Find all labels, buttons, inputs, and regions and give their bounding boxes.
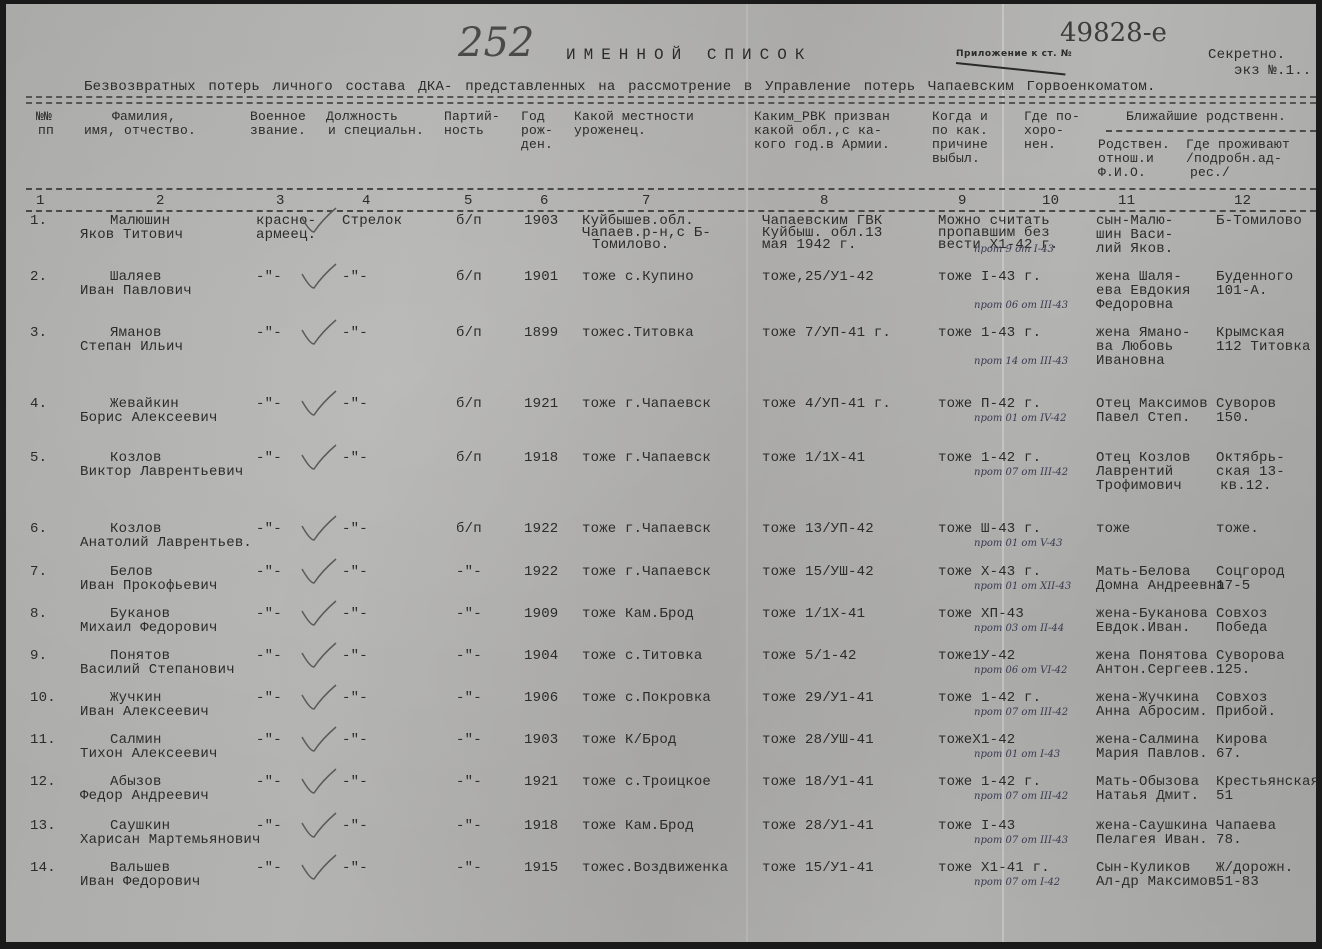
header-c5: Партий-	[444, 110, 500, 123]
document-subtitle: Безвозвратных потерь личного состава ДКА…	[84, 80, 1156, 94]
col-num: 9	[958, 194, 967, 208]
cell-surname: Вальшев	[110, 861, 170, 875]
cell-name: Иван Павлович	[80, 284, 192, 298]
checkmark-icon	[300, 641, 340, 671]
cell-year: 1915	[524, 861, 558, 875]
cell-origin1: тоже г.Чапаевск	[582, 522, 711, 536]
cell-addr2: 17-5	[1216, 579, 1250, 593]
cell-when1: тоже I-43 г.	[938, 270, 1041, 284]
cell-rel3: Ивановна	[1096, 354, 1165, 368]
cell-addr2: 51-83	[1216, 875, 1259, 889]
cell-addr1: Соцгород	[1216, 565, 1285, 579]
cell-position: -"-	[342, 607, 368, 621]
header-c8: какой обл.,с ка-	[754, 124, 882, 137]
cell-n: 9.	[30, 649, 47, 663]
cell-surname: Салмин	[110, 733, 162, 747]
cell-when1: тоже 1-42 г.	[938, 775, 1041, 789]
cell-surname: Жучкин	[110, 691, 162, 705]
cell-rvk1: тоже 28/УШ-41	[762, 733, 874, 747]
cell-n: 13.	[30, 819, 56, 833]
handwritten-note: прот 01 от XII-43	[974, 581, 1071, 592]
header-c9: причине	[932, 138, 988, 151]
cell-year: 1906	[524, 691, 558, 705]
cell-name: Иван Федорович	[80, 875, 200, 889]
dashed-rule	[26, 210, 1316, 212]
cell-rvk1: тоже 1/1Х-41	[762, 607, 865, 621]
cell-when1: тоже Ш-43 г.	[938, 522, 1041, 536]
cell-rank1: -"-	[256, 565, 282, 579]
cell-n: 10.	[30, 691, 56, 705]
handwritten-note: прот 01 от I-43	[974, 749, 1060, 760]
cell-rank1: -"-	[256, 451, 282, 465]
document-sheet: 252 ИМЕННОЙ СПИСОК Приложение к ст. № 49…	[6, 4, 1316, 942]
cell-addr1: Б-Томилово	[1216, 214, 1302, 228]
cell-addr1: Кирова	[1216, 733, 1268, 747]
cell-name: Василий Степанович	[80, 663, 235, 677]
cell-origin3: Томилово.	[592, 238, 669, 252]
cell-addr2: ская 13-	[1216, 465, 1285, 479]
cell-position: -"-	[342, 733, 368, 747]
cell-rel2: Пелагея Иван.	[1096, 833, 1208, 847]
cell-origin1: тоже г.Чапаевск	[582, 565, 711, 579]
cell-name: Степан Ильич	[80, 340, 183, 354]
cell-year: 1899	[524, 326, 558, 340]
cell-addr1: Совхоз	[1216, 607, 1268, 621]
col-num: 1	[36, 194, 45, 208]
attachment-stamp: Приложение к ст. №	[956, 49, 1072, 59]
checkmark-icon	[300, 514, 340, 544]
paper-fold	[746, 4, 748, 942]
document-title: ИМЕННОЙ СПИСОК	[566, 48, 812, 62]
header-c10: нен.	[1024, 138, 1056, 151]
cell-n: 11.	[30, 733, 56, 747]
cell-surname: Понятов	[110, 649, 170, 663]
cell-addr2: 112 Титовка	[1216, 340, 1311, 354]
cell-origin1: тоже Кам.Брод	[582, 607, 694, 621]
header-c10: Где по-	[1024, 110, 1080, 123]
cell-when1: тоже1У-42	[938, 649, 1015, 663]
cell-position: -"-	[342, 451, 368, 465]
cell-addr2: 51	[1216, 789, 1233, 803]
cell-addr1: Суворов	[1216, 397, 1276, 411]
cell-addr1: Октябрь-	[1216, 451, 1285, 465]
cell-origin1: тоже с.Титовка	[582, 649, 702, 663]
cell-rvk1: тоже 13/УП-42	[762, 522, 874, 536]
col-num: 12	[1234, 194, 1251, 208]
cell-rvk1: тоже 18/У1-41	[762, 775, 874, 789]
checkmark-icon	[300, 206, 340, 236]
cell-when1: тоже ХП-43	[938, 607, 1024, 621]
cell-rank1: -"-	[256, 522, 282, 536]
checkmark-icon	[300, 599, 340, 629]
cell-party: -"-	[456, 733, 482, 747]
cell-name: Анатолий Лаврентьев.	[80, 536, 252, 550]
header-c4: и специальн.	[328, 124, 424, 137]
cell-rel2: Павел Степ.	[1096, 411, 1191, 425]
cell-surname: Малюшин	[110, 214, 170, 228]
col-num: 5	[464, 194, 473, 208]
cell-rel3: лий Яков.	[1096, 242, 1173, 256]
cell-rank1: -"-	[256, 819, 282, 833]
cell-addr1: Совхоз	[1216, 691, 1268, 705]
cell-party: -"-	[456, 819, 482, 833]
cell-rel2: шин Васи-	[1096, 228, 1173, 242]
handwritten-note: прот 07 от I-42	[974, 877, 1060, 888]
cell-position: -"-	[342, 326, 368, 340]
cell-party: -"-	[456, 565, 482, 579]
cell-addr2: 125.	[1216, 663, 1250, 677]
cell-rvk1: тоже,25/У1-42	[762, 270, 874, 284]
cell-addr2: Прибой.	[1216, 705, 1276, 719]
cell-rel2: Антон.Сергеев.	[1096, 663, 1216, 677]
cell-party: -"-	[456, 607, 482, 621]
cell-addr2: 78.	[1216, 833, 1242, 847]
cell-rank1: -"-	[256, 270, 282, 284]
header-c5: ность	[444, 124, 484, 137]
cell-rank1: -"-	[256, 607, 282, 621]
cell-origin1: тоже с.Покровка	[582, 691, 711, 705]
cell-surname: Саушкин	[110, 819, 170, 833]
header-c1: пп	[38, 124, 54, 137]
checkmark-icon	[300, 767, 340, 797]
cell-party: -"-	[456, 691, 482, 705]
cell-rel1: жена-Жучкина	[1096, 691, 1199, 705]
cell-surname: Козлов	[110, 451, 162, 465]
cell-year: 1909	[524, 607, 558, 621]
header-c11: Ф.И.О.	[1098, 166, 1146, 179]
secrecy-label: Секретно.	[1208, 48, 1285, 62]
cell-rank1: -"-	[256, 397, 282, 411]
cell-position: -"-	[342, 775, 368, 789]
cell-rel2: Анна Абросим.	[1096, 705, 1208, 719]
cell-rel2: ва Любовь	[1096, 340, 1173, 354]
cell-name: Яков Титович	[80, 228, 183, 242]
cell-rel1: жена Понятова	[1096, 649, 1208, 663]
cell-party: -"-	[456, 649, 482, 663]
checkmark-icon	[300, 557, 340, 587]
header-c11: Родствен.	[1098, 138, 1170, 151]
cell-year: 1922	[524, 522, 558, 536]
header-c6: рож-	[521, 124, 553, 137]
checkmark-icon	[300, 443, 340, 473]
cell-when1: тоже Х1-41 г.	[938, 861, 1050, 875]
handwritten-note: прот 07 от III-42	[974, 467, 1068, 478]
header-c7: Какой местности	[574, 110, 694, 123]
cell-n: 2.	[30, 270, 47, 284]
cell-rvk1: тоже 4/УП-41 г.	[762, 397, 891, 411]
cell-addr1: Суворова	[1216, 649, 1285, 663]
handwritten-note: прот 01 от IV-42	[974, 413, 1066, 424]
cell-name: Харисан Мартемьянович	[80, 833, 261, 847]
dashed-rule	[26, 188, 1316, 190]
cell-origin1: тожес.Титовка	[582, 326, 694, 340]
header-relatives: Ближайшие родственн.	[1126, 110, 1286, 123]
cell-n: 6.	[30, 522, 47, 536]
header-c6: Год	[521, 110, 545, 123]
cell-rel1: Мать-Обызова	[1096, 775, 1199, 789]
cell-addr2: 67.	[1216, 747, 1242, 761]
header-c12: рес./	[1190, 166, 1230, 179]
cell-name: Федор Андреевич	[80, 789, 209, 803]
cell-party: б/п	[456, 270, 482, 284]
header-c8: Каким_РВК призван	[754, 110, 890, 123]
header-c3: Военное	[250, 110, 306, 123]
cell-rel1: жена-Салмина	[1096, 733, 1199, 747]
header-c10: хоро-	[1024, 124, 1064, 137]
cell-origin1: тожес.Воздвиженка	[582, 861, 728, 875]
dashed-rule	[1106, 130, 1316, 132]
cell-addr1: Крестьянская	[1216, 775, 1316, 789]
cell-n: 7.	[30, 565, 47, 579]
cell-rvk1: тоже 5/1-42	[762, 649, 857, 663]
cell-year: 1922	[524, 565, 558, 579]
cell-surname: Белов	[110, 565, 153, 579]
header-c1: №№	[36, 110, 52, 123]
checkmark-icon	[300, 683, 340, 713]
handwritten-page-number: 252	[458, 20, 534, 66]
cell-n: 3.	[30, 326, 47, 340]
cell-when1: тожеХ1-42	[938, 733, 1015, 747]
cell-n: 1.	[30, 214, 47, 228]
cell-rel1: жена Ямано-	[1096, 326, 1191, 340]
cell-rel3: Федоровна	[1096, 298, 1173, 312]
cell-rvk1: тоже 15/У1-41	[762, 861, 874, 875]
handwritten-note: прот 07 от III-43	[974, 835, 1068, 846]
header-c6: ден.	[521, 138, 553, 151]
cell-position: -"-	[342, 861, 368, 875]
cell-party: б/п	[456, 214, 482, 228]
cell-rel2: Лаврентий	[1096, 465, 1173, 479]
cell-addr2: 101-А.	[1216, 284, 1268, 298]
col-num: 3	[276, 194, 285, 208]
cell-rvk1: тоже 7/УП-41 г.	[762, 326, 891, 340]
cell-when1: тоже 1-42 г.	[938, 451, 1041, 465]
cell-rank1: -"-	[256, 775, 282, 789]
cell-name: Тихон Алексеевич	[80, 747, 218, 761]
cell-origin1: тоже с.Купино	[582, 270, 694, 284]
cell-position: -"-	[342, 649, 368, 663]
header-c7: уроженец.	[574, 124, 646, 137]
cell-origin1: тоже с.Троицкое	[582, 775, 711, 789]
handwritten-note: прот 06 от III-43	[974, 300, 1068, 311]
cell-position: -"-	[342, 270, 368, 284]
cell-rel3: Трофимович	[1096, 479, 1182, 493]
cell-party: б/п	[456, 397, 482, 411]
handwritten-note: прот 07 от III-42	[974, 791, 1068, 802]
cell-when1: тоже Х-43 г.	[938, 565, 1041, 579]
cell-name: Виктор Лаврентьевич	[80, 465, 243, 479]
cell-rel2: Домна Андреевна	[1096, 579, 1225, 593]
cell-rank1: -"-	[256, 649, 282, 663]
cell-rel1: Отец Козлов	[1096, 451, 1191, 465]
col-num: 4	[362, 194, 371, 208]
header-c9: Когда и	[932, 110, 988, 123]
cell-year: 1918	[524, 819, 558, 833]
cell-origin1: тоже Кам.Брод	[582, 819, 694, 833]
cell-rvk1: тоже 28/У1-41	[762, 819, 874, 833]
cell-origin1: тоже К/Брод	[582, 733, 677, 747]
checkmark-icon	[300, 725, 340, 755]
handwritten-note: прот 06 от VI-42	[974, 665, 1067, 676]
cell-position: -"-	[342, 565, 368, 579]
cell-name: Михаил Федорович	[80, 621, 218, 635]
handwritten-note: прот 01 от V-43	[974, 538, 1063, 549]
cell-surname: Буканов	[110, 607, 170, 621]
cell-rel2: ева Евдокия	[1096, 284, 1191, 298]
cell-rel2: Натаья Дмит.	[1096, 789, 1199, 803]
col-num: 8	[820, 194, 829, 208]
cell-n: 8.	[30, 607, 47, 621]
cell-name: Иван Прокофьевич	[80, 579, 218, 593]
cell-when1: тоже I-43	[938, 819, 1015, 833]
header-c8: кого год.в Армии.	[754, 138, 890, 151]
cell-year: 1918	[524, 451, 558, 465]
cell-rank1: -"-	[256, 326, 282, 340]
cell-addr2: 150.	[1216, 411, 1250, 425]
cell-rel1: тоже	[1096, 522, 1130, 536]
cell-origin1: тоже г.Чапаевск	[582, 451, 711, 465]
cell-rvk3: мая 1942 г.	[762, 238, 857, 252]
cell-addr2: Победа	[1216, 621, 1268, 635]
double-dashed-rule	[26, 96, 1316, 104]
cell-rel2: Мария Павлов.	[1096, 747, 1208, 761]
cell-party: б/п	[456, 326, 482, 340]
cell-when1: тоже П-42 г.	[938, 397, 1041, 411]
header-c4: Должность	[326, 110, 398, 123]
cell-rel2: Евдок.Иван.	[1096, 621, 1191, 635]
cell-rvk1: тоже 15/УШ-42	[762, 565, 874, 579]
cell-surname: Жевайкин	[110, 397, 179, 411]
col-num: 7	[642, 194, 651, 208]
cell-position: -"-	[342, 522, 368, 536]
cell-rank1: -"-	[256, 691, 282, 705]
cell-when1: тоже 1-43 г.	[938, 326, 1041, 340]
cell-year: 1904	[524, 649, 558, 663]
cell-name: Борис Алексеевич	[80, 411, 218, 425]
cell-addr1: Крымская	[1216, 326, 1285, 340]
cell-addr1: Буденного	[1216, 270, 1293, 284]
cell-surname: Яманов	[110, 326, 162, 340]
underline-stroke	[956, 62, 1066, 75]
cell-n: 5.	[30, 451, 47, 465]
cell-n: 12.	[30, 775, 56, 789]
cell-party: -"-	[456, 861, 482, 875]
header-c2: Фамилия,	[112, 110, 176, 123]
handwritten-note: прот 9 от I-43	[974, 244, 1054, 255]
cell-addr1: тоже.	[1216, 522, 1259, 536]
col-num: 2	[156, 194, 165, 208]
cell-year: 1921	[524, 775, 558, 789]
cell-surname: Шаляев	[110, 270, 162, 284]
cell-party: б/п	[456, 522, 482, 536]
header-c12: /подробн.ад-	[1186, 152, 1282, 165]
cell-surname: Абызов	[110, 775, 162, 789]
col-num: 10	[1042, 194, 1059, 208]
cell-year: 1903	[524, 214, 558, 228]
cell-position: -"-	[342, 397, 368, 411]
cell-rel1: жена Шаля-	[1096, 270, 1182, 284]
cell-n: 14.	[30, 861, 56, 875]
checkmark-icon	[300, 318, 340, 348]
handwritten-note: прот 14 от III-43	[974, 356, 1068, 367]
cell-n: 4.	[30, 397, 47, 411]
checkmark-icon	[300, 389, 340, 419]
cell-rvk1: тоже 29/У1-41	[762, 691, 874, 705]
cell-addr1: Ж/дорожн.	[1216, 861, 1293, 875]
cell-name: Иван Алексеевич	[80, 705, 209, 719]
cell-addr1: Чапаева	[1216, 819, 1276, 833]
cell-year: 1901	[524, 270, 558, 284]
cell-rel1: Мать-Белова	[1096, 565, 1191, 579]
col-num: 11	[1118, 194, 1135, 208]
archive-number: 49828-е	[1060, 18, 1167, 48]
header-c9: выбыл.	[932, 152, 980, 165]
cell-position: -"-	[342, 691, 368, 705]
cell-origin1: тоже г.Чапаевск	[582, 397, 711, 411]
checkmark-icon	[300, 853, 340, 883]
cell-rank1: -"-	[256, 733, 282, 747]
checkmark-icon	[300, 811, 340, 841]
cell-rank1: -"-	[256, 861, 282, 875]
cell-position: -"-	[342, 819, 368, 833]
cell-year: 1921	[524, 397, 558, 411]
cell-rel1: жена-Саушкина	[1096, 819, 1208, 833]
cell-rel1: Отец Максимов	[1096, 397, 1208, 411]
cell-when1: тоже 1-42 г.	[938, 691, 1041, 705]
copy-number: экз №.1..	[1234, 64, 1311, 78]
cell-rel1: Сын-Куликов	[1096, 861, 1191, 875]
cell-surname: Козлов	[110, 522, 162, 536]
cell-party: б/п	[456, 451, 482, 465]
header-c12: Где проживают	[1186, 138, 1290, 151]
col-num: 6	[540, 194, 549, 208]
cell-rel1: сын-Малю-	[1096, 214, 1173, 228]
cell-party: -"-	[456, 775, 482, 789]
handwritten-note: прот 03 от II-44	[974, 623, 1064, 634]
cell-rel1: жена-Буканова	[1096, 607, 1208, 621]
cell-rel2: Ал-др Максимов.	[1096, 875, 1225, 889]
header-c11: отнош.и	[1098, 152, 1154, 165]
cell-rvk1: тоже 1/1Х-41	[762, 451, 865, 465]
header-c3: звание.	[250, 124, 306, 137]
cell-addr3: кв.12.	[1220, 479, 1272, 493]
header-c2: имя, отчество.	[84, 124, 196, 137]
cell-year: 1903	[524, 733, 558, 747]
checkmark-icon	[300, 262, 340, 292]
cell-position: Стрелок	[342, 214, 402, 228]
handwritten-note: прот 07 от III-42	[974, 707, 1068, 718]
header-c9: по как.	[932, 124, 988, 137]
